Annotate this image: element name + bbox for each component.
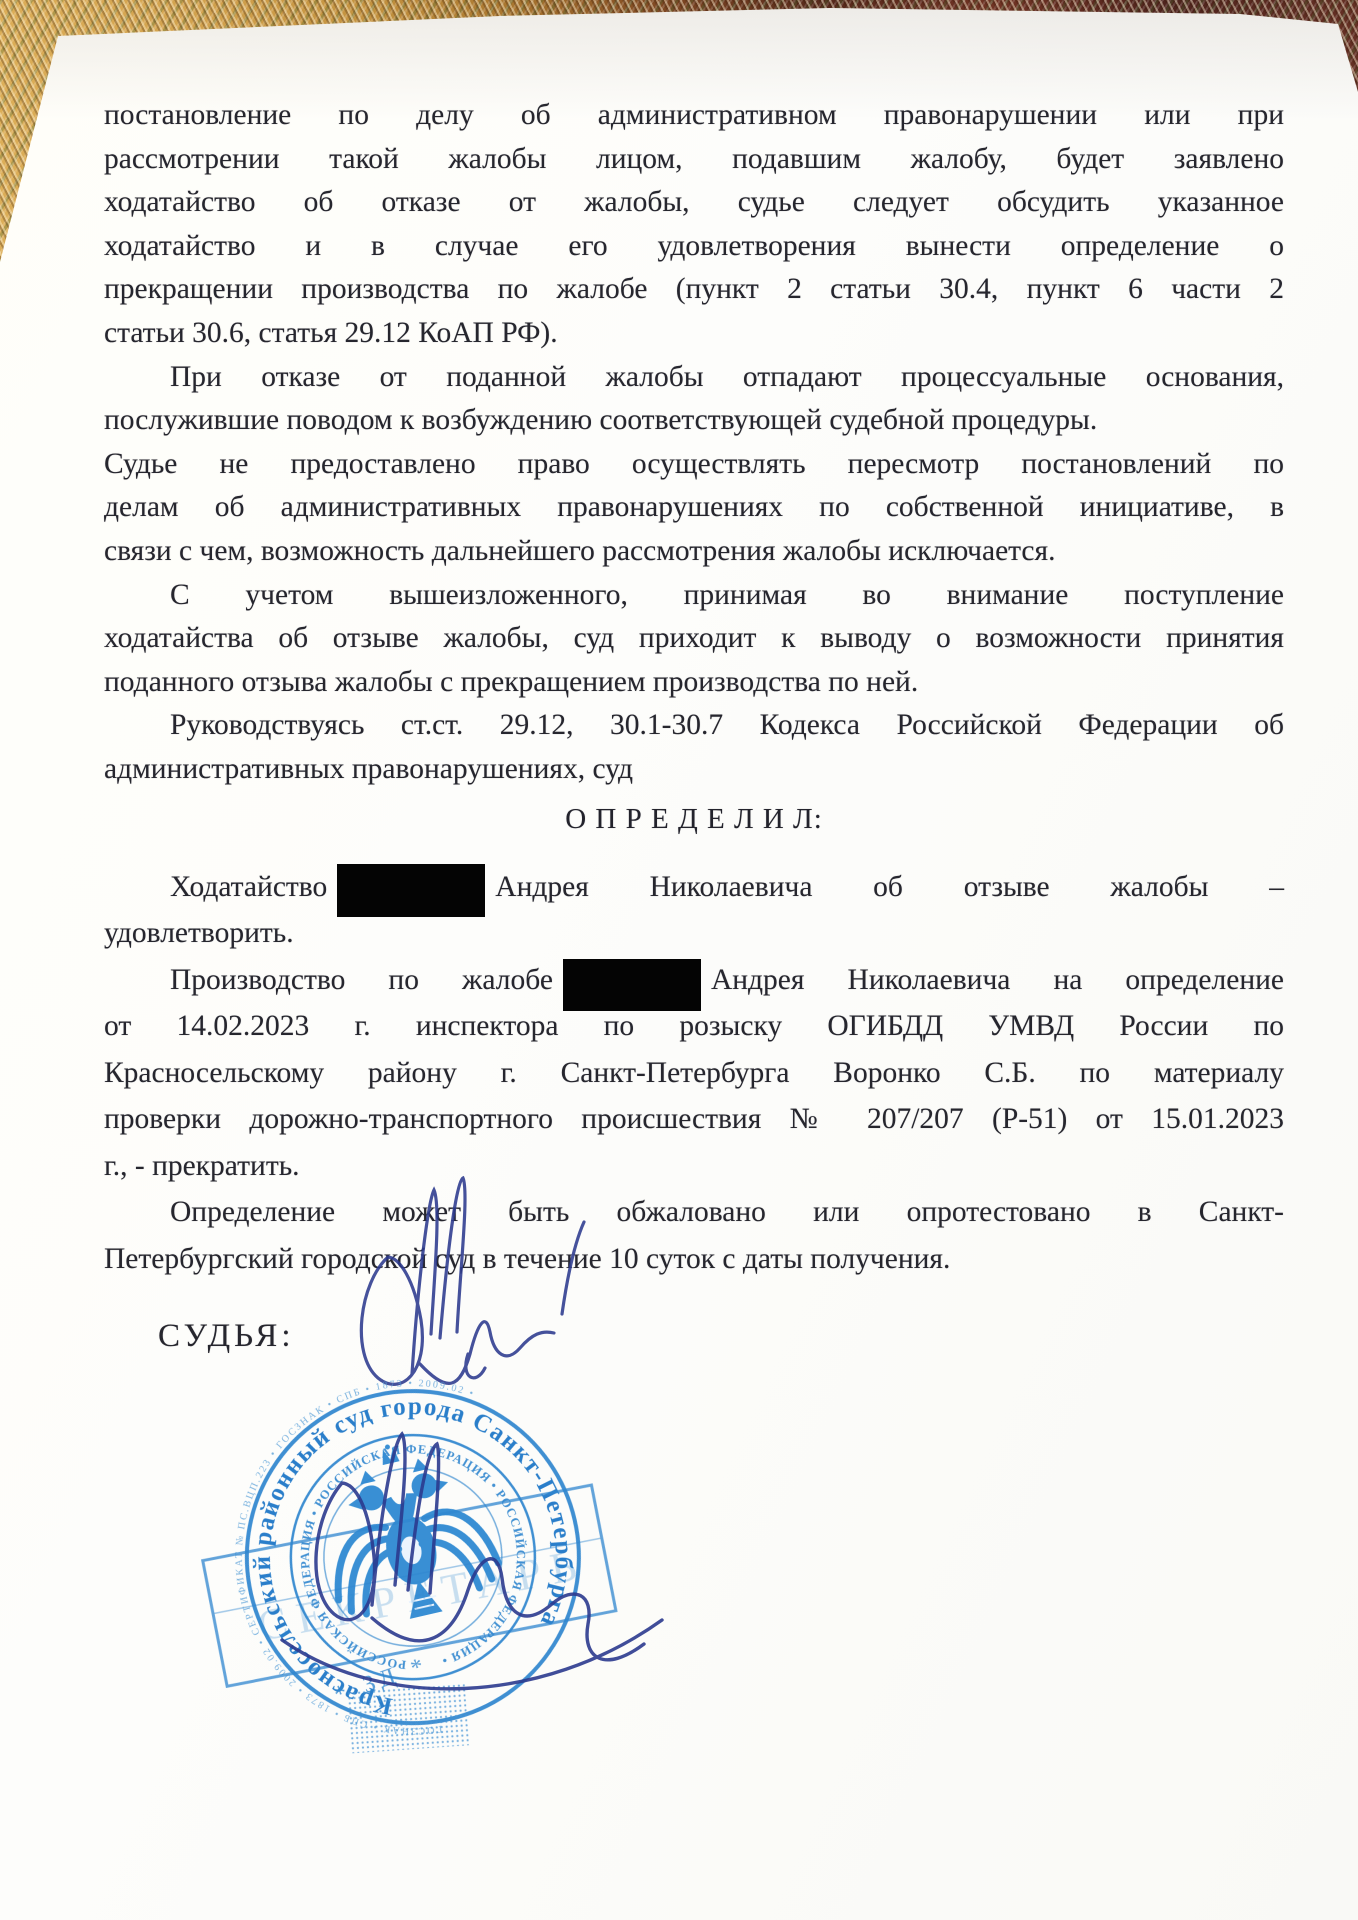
text-line: Петербургский городской суд в течение 10… <box>104 1236 1284 1283</box>
text-line: административных правонарушениях, суд <box>104 748 1284 792</box>
judge-label: СУДЬЯ: <box>158 1318 295 1355</box>
text-line: проверки дорожно-транспортного происшест… <box>104 1096 1284 1143</box>
document-text: постановление по делу об административно… <box>104 94 1284 1282</box>
photo-scene: постановление по делу об административно… <box>0 0 1358 1920</box>
text-line: ходатайство и в случае его удовлетворени… <box>104 225 1284 269</box>
paragraph: С учетом вышеизложенного, принимая во вн… <box>104 574 1284 705</box>
text-line: связи с чем, возможность дальнейшего рас… <box>104 530 1284 574</box>
redaction-box <box>563 975 701 989</box>
ruling-heading: О П Р Е Д Е Л И Л: <box>104 796 1284 842</box>
text-line: рассмотрении такой жалобы лицом, подавши… <box>104 138 1284 182</box>
text-line: При отказе от поданной жалобы отпадают п… <box>104 356 1284 400</box>
text-line: С учетом вышеизложенного, принимая во вн… <box>104 574 1284 618</box>
text-line: Руководствуясь ст.ст. 29.12, 30.1-30.7 К… <box>104 704 1284 748</box>
text-line: удовлетворить. <box>104 910 1284 957</box>
seal-signature-icon <box>222 1388 682 1718</box>
text-line: ходатайство об отказе от жалобы, судье с… <box>104 181 1284 225</box>
text-segment: Андрея Николаевича на определение <box>711 964 1284 996</box>
operative-part: ХодатайствоАндрея Николаевича об отзыве … <box>104 864 1284 1283</box>
text-line: делам об административных правонарушения… <box>104 486 1284 530</box>
text-line: прекращении производства по жалобе (пунк… <box>104 268 1284 312</box>
paragraph: Производство по жалобеАндрея Николаевича… <box>104 957 1284 1190</box>
paragraph: ХодатайствоАндрея Николаевича об отзыве … <box>104 864 1284 957</box>
text-line: статьи 30.6, статья 29.12 КоАП РФ). <box>104 312 1284 356</box>
text-line: Определение может быть обжаловано или оп… <box>104 1189 1284 1236</box>
text-segment: Ходатайство <box>170 871 327 903</box>
text-line: поданного отзыва жалобы с прекращением п… <box>104 661 1284 705</box>
paragraph: постановление по делу об административно… <box>104 94 1284 356</box>
text-line: Судье не предоставлено право осуществлят… <box>104 443 1284 487</box>
text-segment: Производство по жалобе <box>170 964 553 996</box>
document-page: постановление по делу об административно… <box>0 0 1358 1920</box>
paragraph: При отказе от поданной жалобы отпадают п… <box>104 356 1284 574</box>
text-line-redacted: Производство по жалобеАндрея Николаевича… <box>104 957 1284 1004</box>
text-line: г., - прекратить. <box>104 1143 1284 1190</box>
text-line: ходатайства об отзыве жалобы, суд приход… <box>104 617 1284 661</box>
paragraph: Определение может быть обжаловано или оп… <box>104 1189 1284 1282</box>
paragraph: Руководствуясь ст.ст. 29.12, 30.1-30.7 К… <box>104 704 1284 791</box>
text-line: послужившие поводом к возбуждению соотве… <box>104 399 1284 443</box>
redaction-box <box>337 882 485 896</box>
text-line-redacted: ХодатайствоАндрея Николаевича об отзыве … <box>104 864 1284 911</box>
text-line: постановление по делу об административно… <box>104 94 1284 138</box>
text-line: Красносельскому району г. Санкт-Петербур… <box>104 1050 1284 1097</box>
text-segment: Андрея Николаевича об отзыве жалобы – <box>495 871 1284 903</box>
